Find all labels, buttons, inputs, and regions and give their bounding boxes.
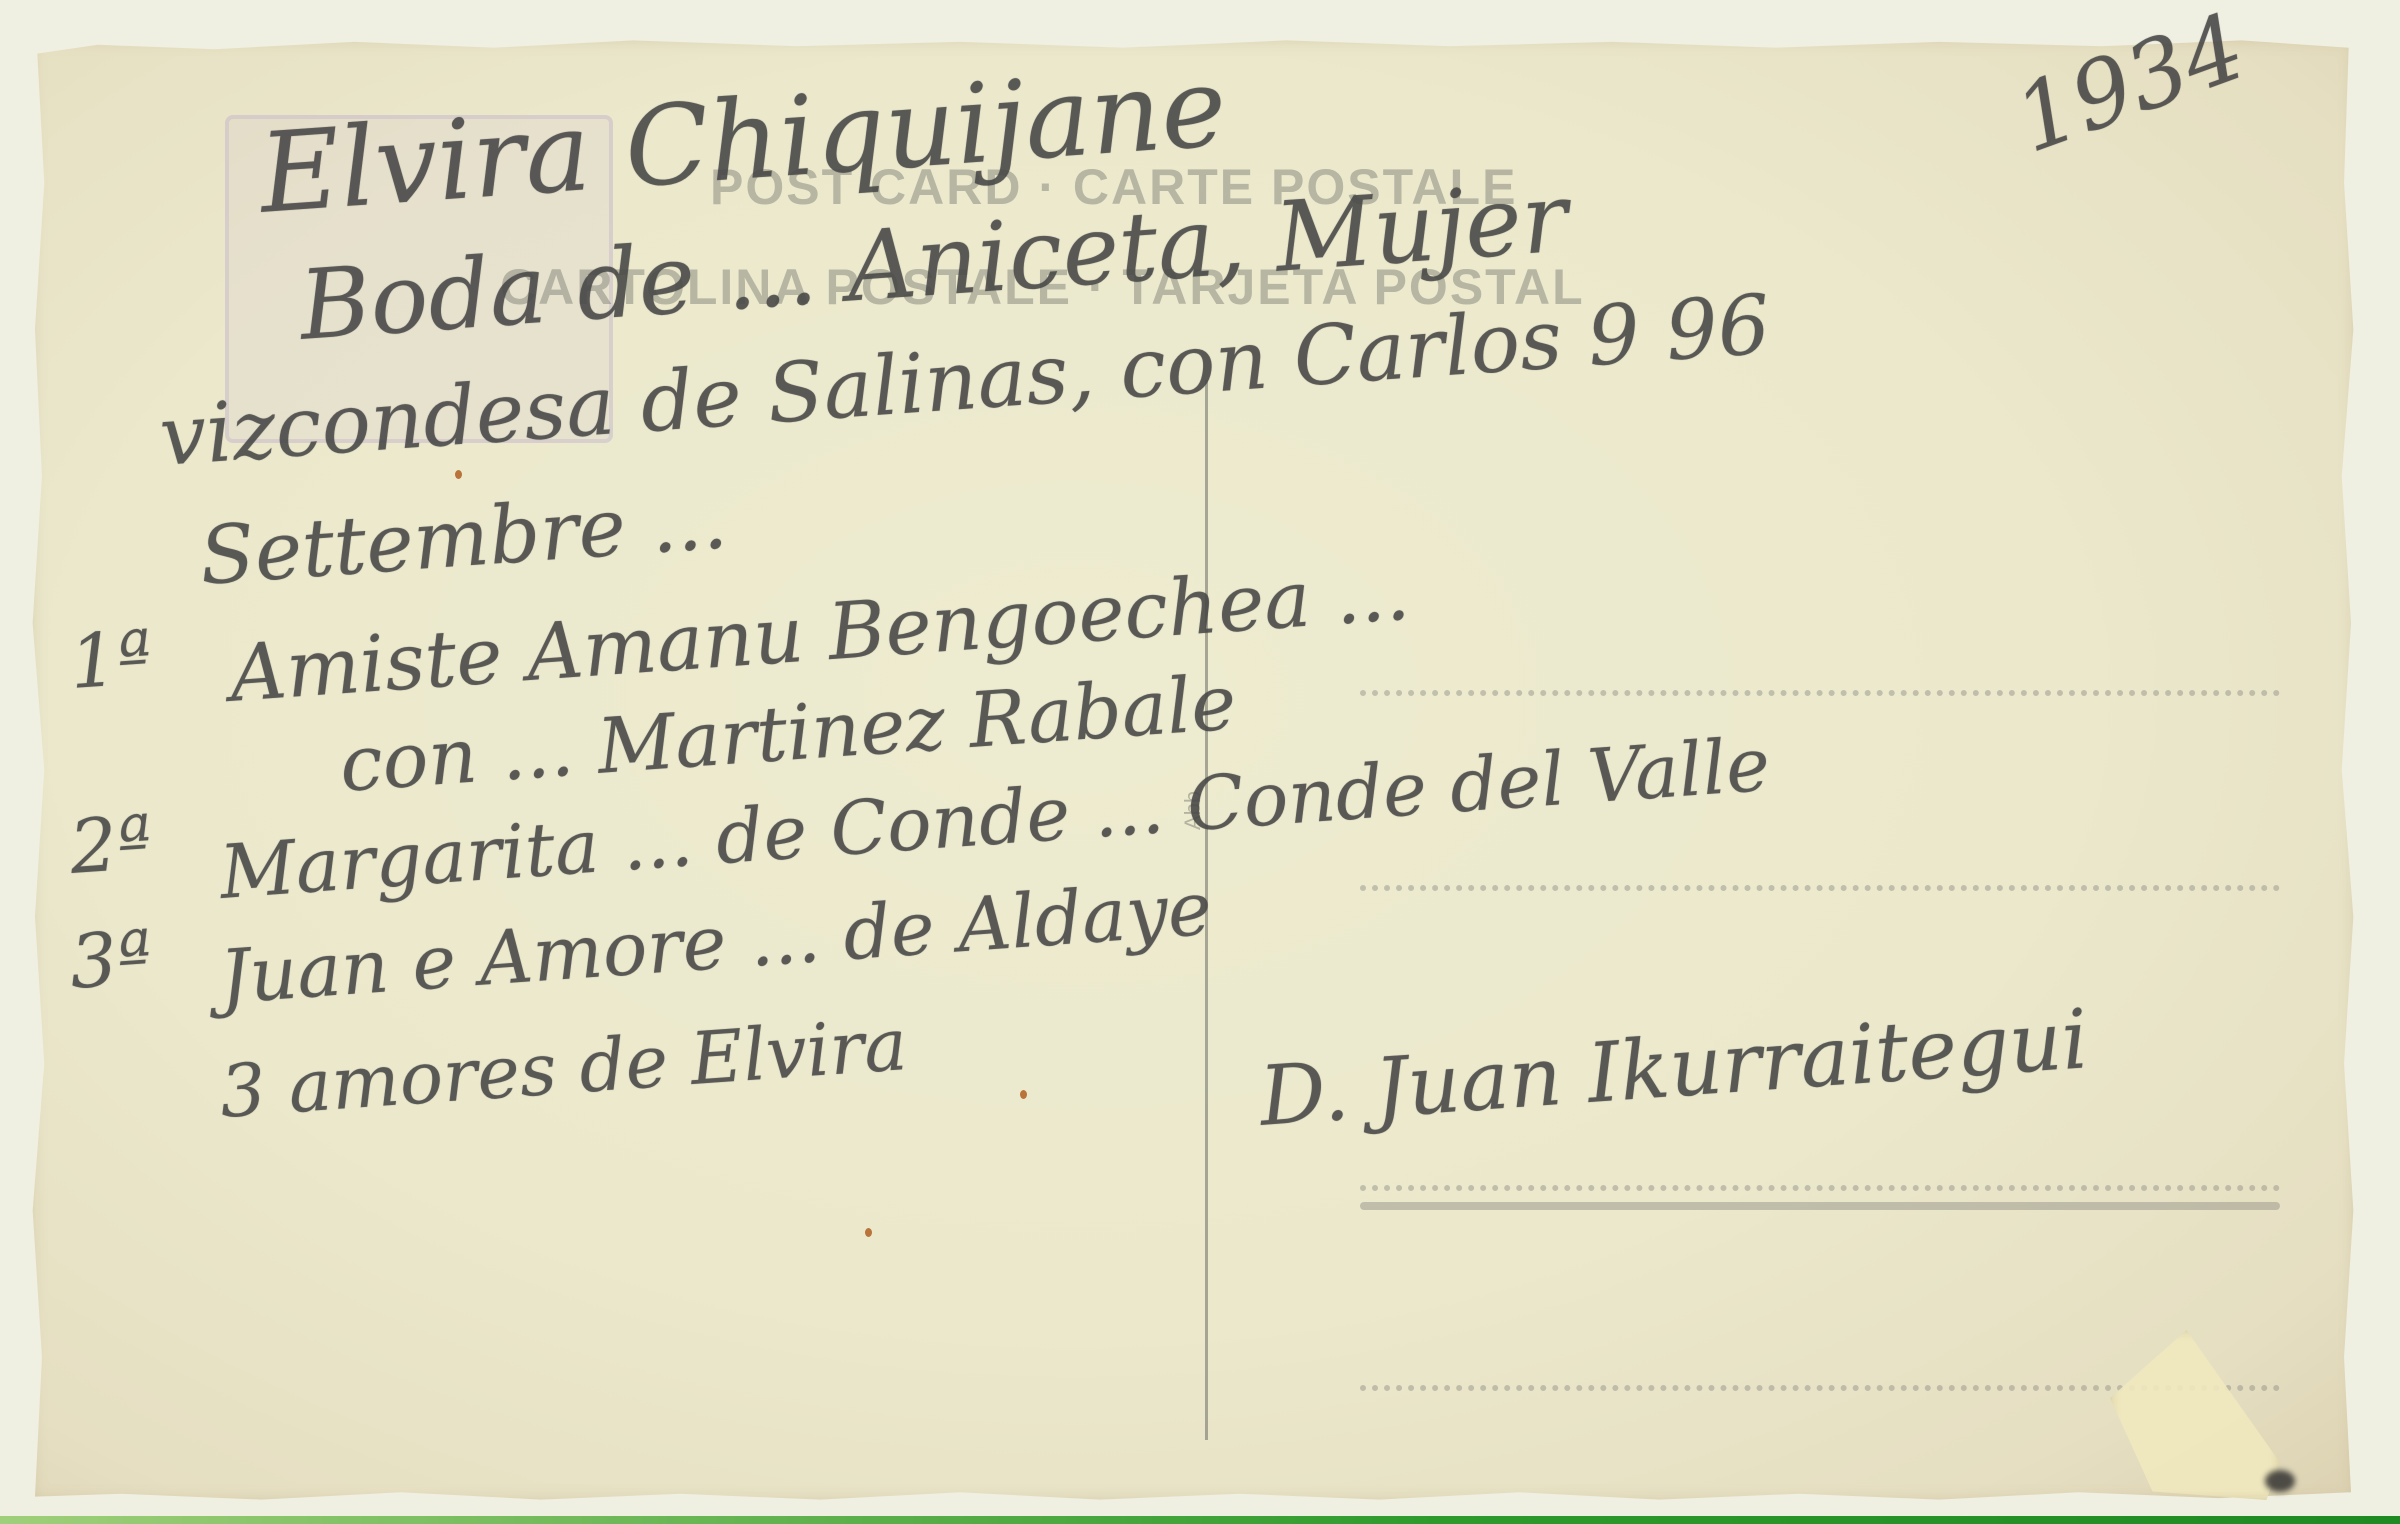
address-line-2 — [1360, 885, 2280, 891]
foxing-spot — [865, 1228, 872, 1237]
handwritten-ordinal-3: 3ª — [67, 914, 155, 1006]
address-line-1 — [1360, 690, 2280, 696]
handwritten-ordinal-1: 1ª — [67, 614, 155, 706]
bottom-color-strip — [0, 1516, 2400, 1524]
foxing-spot — [455, 470, 462, 479]
foxing-spot — [1020, 1090, 1027, 1099]
handwritten-ordinal-2: 2ª — [67, 799, 155, 891]
address-line-3 — [1360, 1185, 2280, 1191]
tape-stain — [2265, 1470, 2295, 1492]
address-underline — [1360, 1202, 2280, 1210]
